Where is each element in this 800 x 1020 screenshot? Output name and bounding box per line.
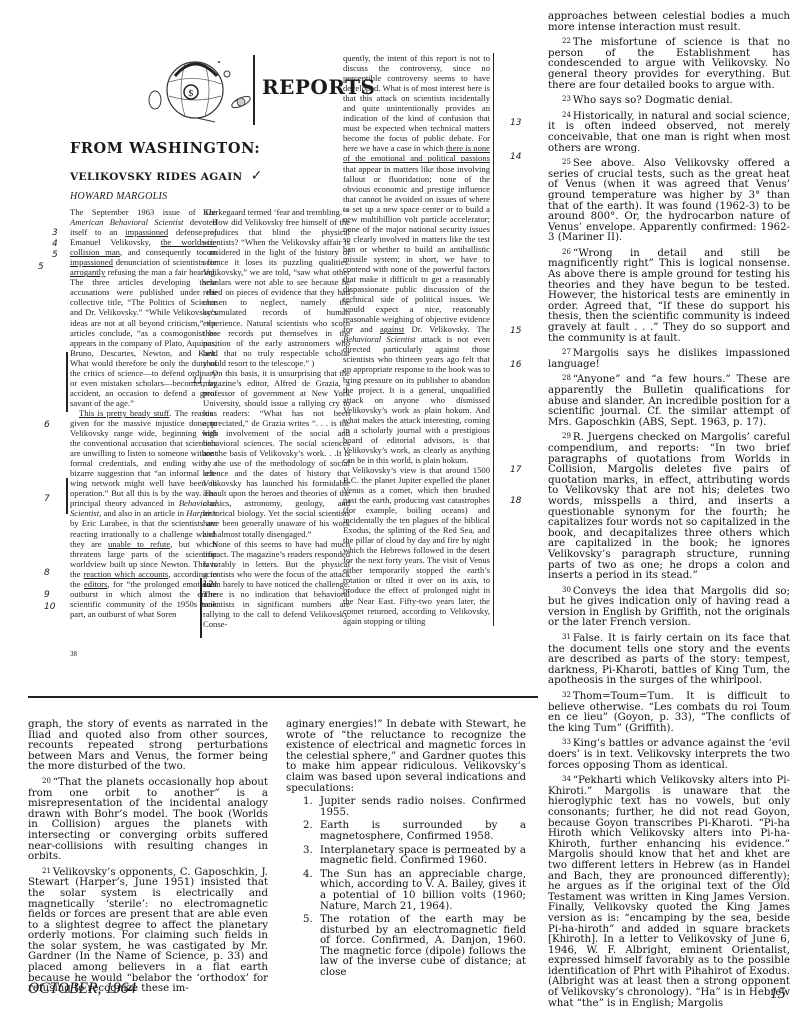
margin-mark: 6 [44, 420, 50, 430]
footnote: 27Margolis says he dislikes impassioned … [548, 347, 790, 370]
margin-bar [66, 478, 68, 514]
speculations-list: Jupiter sends radio noises. Confirmed 19… [286, 797, 526, 979]
footnote: 34“Pekharti which Velikovsky alters into… [548, 774, 790, 1009]
margin-mark: 16 [510, 360, 521, 370]
logo-divider [253, 55, 255, 125]
margin-mark: 17 [510, 465, 521, 475]
globe-with-headphones-icon: $ [145, 52, 255, 132]
footnote-number: 25 [562, 158, 571, 166]
footnote-number: 21 [42, 867, 51, 875]
footnote: 33King’s battles or advance against the … [548, 737, 790, 771]
footnote: 20“That the planets occasionally hop abo… [28, 776, 268, 863]
reproduced-article: $ REPORTS FROM WASHINGTON: VELIKOVSKY RI… [0, 0, 540, 680]
footnote-number: 34 [562, 775, 571, 783]
margin-mark: 8 [44, 568, 50, 578]
margin-mark: 9 [44, 590, 50, 600]
speculation-item: The Sun has an appreciable charge, which… [316, 870, 526, 912]
margin-mark: 15 [510, 326, 521, 336]
commentary-bottom-left: graph, the story of events as narrated i… [28, 720, 268, 998]
footnote-number: 32 [562, 691, 571, 699]
footnote: 31False. It is fairly certain on its fac… [548, 632, 790, 687]
footnote: 28“Anyone” and “a few hours.” These are … [548, 373, 790, 428]
commentary-bottom-middle: aginary energies!” In debate with Stewar… [286, 720, 526, 982]
page-number: 15 [770, 985, 786, 1003]
speculation-item: Jupiter sends radio noises. Confirmed 19… [316, 797, 526, 818]
article-paragraph: This is pretty heady stuff. The reasons … [70, 408, 217, 619]
footnote-number: 29 [562, 432, 571, 440]
speculation-item: Interplanetary space is permeated by a m… [316, 846, 526, 867]
footnote: 21Velikovsky’s opponents, C. Gaposchkin,… [28, 866, 268, 995]
subheadline: VELIKOVSKY RIDES AGAIN ✓ [70, 168, 263, 184]
margin-mark: 3 [52, 228, 58, 238]
footnote: 29R. Juergens checked on Margolis’ caref… [548, 431, 790, 581]
margin-mark: 13 [510, 118, 521, 128]
subheadline-text: VELIKOVSKY RIDES AGAIN [70, 171, 243, 183]
margin-mark: 18 [510, 496, 521, 506]
inset-bottom-rule [28, 696, 538, 698]
margin-bar [66, 352, 68, 412]
article-paragraph: Velikovsky’s view is that around 1500 B.… [343, 465, 490, 626]
margin-mark: 5 [52, 250, 58, 260]
speculation-item: The rotation of the earth may be disturb… [316, 915, 526, 979]
footnote-number: 26 [562, 248, 571, 256]
margin-mark: 5 [38, 262, 44, 272]
footnote: 23Who says so? Dogmatic denial. [548, 94, 790, 107]
article-column-3: quently, the intent of this report is no… [343, 53, 494, 626]
article-column-1: The September 1963 issue of The American… [70, 207, 217, 619]
article-paragraph: quently, the intent of this report is no… [343, 53, 490, 465]
speculation-item: Earth is surrounded by a magnetosphere, … [316, 821, 526, 842]
footnote-number: 20 [42, 777, 51, 785]
footnote: 24Historically, in natural and social sc… [548, 110, 790, 154]
margin-mark: 12 [202, 580, 213, 590]
footnote-number: 27 [562, 348, 571, 356]
footnote: 26“Wrong in detail and still be magnific… [548, 247, 790, 344]
footnote: 25See above. Also Velikovsky offered a s… [548, 157, 790, 244]
article-paragraph: Kierkegaard termed ‘fear and trembling.’… [203, 207, 350, 217]
byline: HOWARD MARGOLIS [70, 191, 167, 202]
margin-mark: 11 [192, 376, 203, 386]
footnote-number: 33 [562, 738, 571, 746]
footnote-number: 31 [562, 633, 571, 641]
headline: FROM WASHINGTON: [70, 140, 260, 157]
footnote-number: 28 [562, 374, 571, 382]
margin-mark: 10 [44, 602, 55, 612]
margin-mark: 4 [52, 239, 58, 249]
commentary-right-column: approaches between celestial bodies a mu… [548, 12, 790, 1012]
article-paragraph: On this basis, it is unsurprising that t… [203, 368, 350, 539]
margin-mark: 14 [510, 152, 521, 162]
speculations-intro: aginary energies!” In debate with Stewar… [286, 720, 526, 794]
article-paragraph: How did Velikovsky free himself of the p… [203, 217, 350, 368]
footnote-number: 24 [562, 111, 571, 119]
checkmark-annotation: ✓ [251, 168, 263, 184]
footnote: 30Conveys the idea that Margolis did so;… [548, 585, 790, 629]
footnote: 32Thom=Toum=Tum. It is difficult to beli… [548, 690, 790, 734]
footnote: graph, the story of events as narrated i… [28, 720, 268, 773]
footnote-number: 23 [562, 95, 571, 103]
footnote-number: 30 [562, 586, 571, 594]
issue-date: OCTOBER, 1964 [28, 980, 136, 998]
article-column-2: Kierkegaard termed ‘fear and trembling.’… [203, 207, 350, 629]
svg-text:$: $ [188, 89, 194, 99]
article-page-number: 38 [70, 650, 77, 658]
article-paragraph: None of this seems to have had much impa… [203, 539, 350, 629]
margin-mark: 7 [44, 494, 50, 504]
footnote: approaches between celestial bodies a mu… [548, 12, 790, 33]
footnote-number: 22 [562, 37, 571, 45]
footnote: 22The misfortune of science is that no p… [548, 36, 790, 91]
